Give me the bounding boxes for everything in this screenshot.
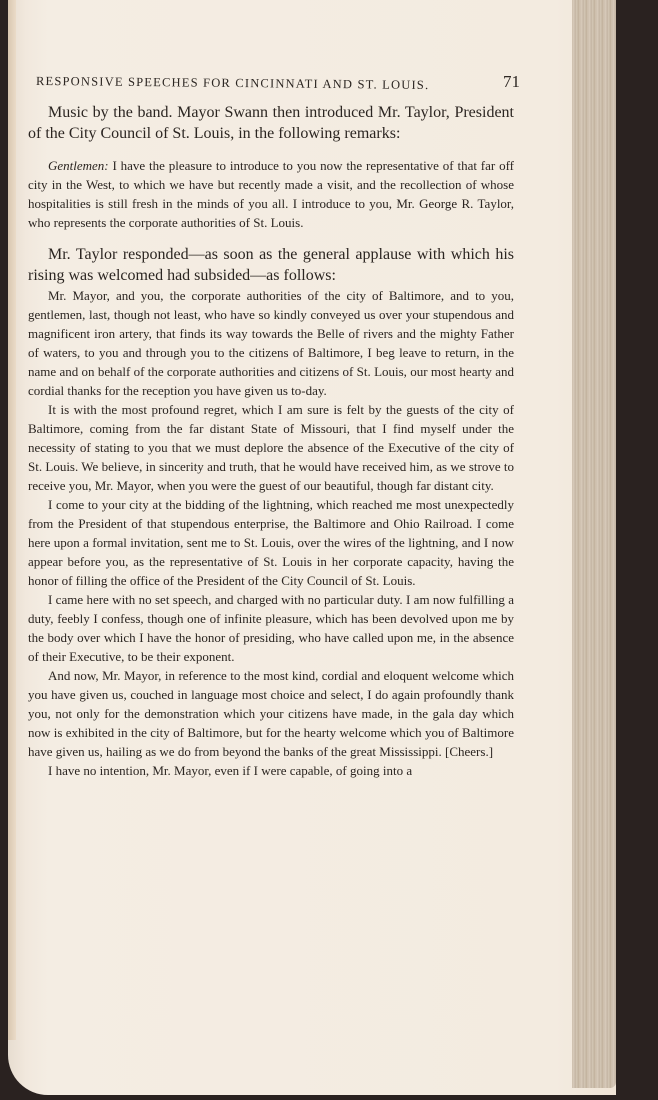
paragraph-welcome: And now, Mr. Mayor, in reference to the … [28,666,514,761]
paragraph-music: Music by the band. Mayor Swann then intr… [28,102,514,144]
gutter-shadow [8,0,16,1040]
paragraph-introduction: Gentlemen: I have the pleasure to introd… [28,156,514,232]
running-head: RESPONSIVE SPEECHES FOR CINCINNATI AND S… [36,72,520,92]
paragraph-address: Mr. Mayor, and you, the corporate author… [28,286,514,400]
paragraph-taylor-responded: Mr. Taylor responded—as soon as the gene… [28,244,514,286]
paragraph-intention: I have no intention, Mr. Mayor, even if … [28,761,514,780]
running-head-title: RESPONSIVE SPEECHES FOR CINCINNATI AND S… [36,74,429,93]
page-number: 71 [503,72,520,92]
paragraph-duty: I came here with no set speech, and char… [28,590,514,666]
salutation: Gentlemen: [48,158,109,173]
book-page: RESPONSIVE SPEECHES FOR CINCINNATI AND S… [8,0,616,1095]
paragraph-invitation: I come to your city at the bidding of th… [28,495,514,590]
paragraph-regret: It is with the most profound regret, whi… [28,400,514,495]
body-text: Music by the band. Mayor Swann then intr… [28,102,514,780]
page-edges [572,0,616,1088]
